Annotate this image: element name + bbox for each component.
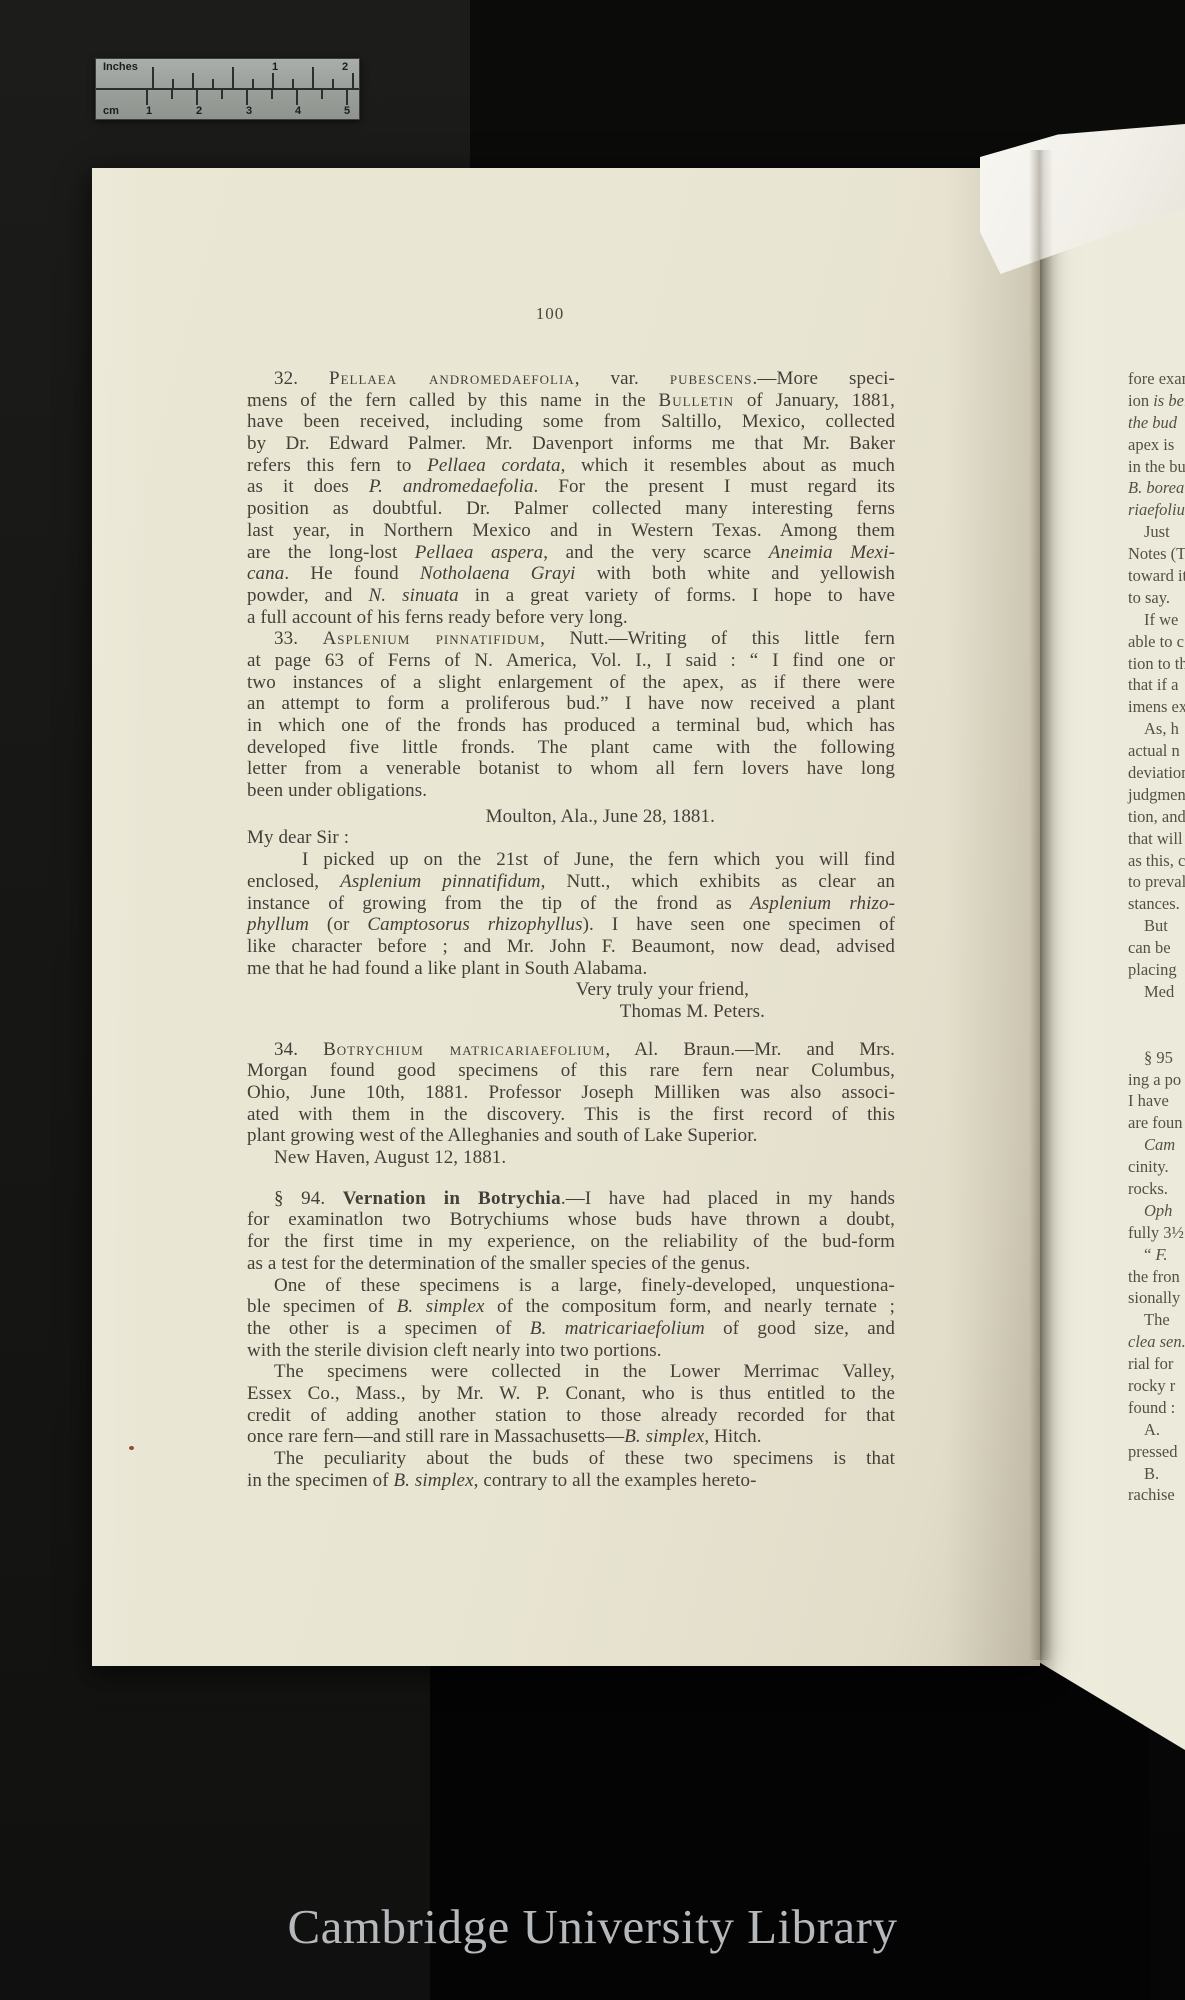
text-line: last year, in Northern Mexico and in Wes… [247,520,895,542]
ruler-cm-number: 2 [196,105,202,117]
text-line: to say. [1128,587,1185,609]
text-line: at page 63 of Ferns of N. America, Vol. … [247,650,895,672]
text-line: are the long-lost Pellaea aspera, and th… [247,542,895,564]
text-line: My dear Sir : [247,827,895,849]
text-line: I picked up on the 21st of June, the fer… [247,849,895,871]
letter-closing: Very truly your friend, [247,979,895,1001]
text-line: “ F. [1128,1244,1185,1266]
text-line: Essex Co., Mass., by Mr. W. P. Conant, w… [247,1383,895,1405]
measuring-ruler: Inches 12 cm 12345 [95,58,360,120]
library-caption: Cambridge University Library [0,1898,1185,1955]
text-line: as it does P. andromedaefolia. For the p… [247,476,895,498]
text-line: § 94. Vernation in Botrychia.—I have had… [247,1188,895,1210]
text-line: in the bu [1128,456,1185,478]
text-line: developed five little fronds. The plant … [247,737,895,759]
text-line: judgmen [1128,784,1185,806]
text-line: position as doubtful. Dr. Palmer collect… [247,498,895,520]
text-line: fore exam [1128,368,1185,390]
text-line: enclosed, Asplenium pinnatifidum, Nutt.,… [247,871,895,893]
text-line: ated with them in the discovery. This is… [247,1104,895,1126]
text-line: Med [1128,981,1185,1003]
text-line: mens of the fern called by this name in … [247,390,895,412]
text-line: a full account of his ferns ready before… [247,607,895,629]
text-line: an attempt to form a proliferous bud.” I… [247,693,895,715]
text-line: with the sterile division cleft nearly i… [247,1340,895,1362]
page-number: 100 [247,304,895,324]
gutter-crease-shadow [1029,150,1053,1660]
scanned-page: 100 32. Pellaea andromedaefolia, var. pu… [92,168,1040,1666]
ruler-inch-number: 2 [342,61,348,73]
text-line: phyllum (or Camptosorus rhizophyllus). I… [247,914,895,936]
text-line: As, h [1128,718,1185,740]
text-line: rial for [1128,1353,1185,1375]
ruler-inches-scale: Inches 12 [96,59,359,90]
text-line: I have [1128,1090,1185,1112]
text-line: that if a [1128,674,1185,696]
text-line: imens ex [1128,696,1185,718]
text-line: for examinatlon two Botrychiums whose bu… [247,1209,895,1231]
text-line: to preval [1128,871,1185,893]
entry-33: 33. Asplenium pinnatifidum, Nutt.—Writin… [247,628,895,802]
text-line: the other is a specimen of B. matricaria… [247,1318,895,1340]
text-line: Oph [1128,1200,1185,1222]
text-line: in the specimen of B. simplex, contrary … [247,1470,895,1492]
text-line: rocks. [1128,1178,1185,1200]
text-line: tion, and [1128,806,1185,828]
ruler-cm-number: 1 [146,105,152,117]
text-line: The peculiarity about the buds of these … [247,1448,895,1470]
text-line: cinity. [1128,1156,1185,1178]
text-line: clea sen. [1128,1331,1185,1353]
text-line: 32. Pellaea andromedaefolia, var. pubesc… [247,368,895,390]
text-line: have been received, including some from … [247,411,895,433]
text-line: New Haven, August 12, 1881. [247,1147,895,1169]
entry-34: 34. Botrychium matricariaefolium, Al. Br… [247,1039,895,1169]
text-line: § 95 [1128,1047,1185,1069]
entry-32: 32. Pellaea andromedaefolia, var. pubesc… [247,368,895,628]
text-line [1128,1003,1185,1025]
text-line: refers this fern to Pellaea cordata, whi… [247,455,895,477]
letter-signature: Thomas M. Peters. [247,1001,895,1023]
text-line: ing a po [1128,1069,1185,1091]
text-line: The [1128,1309,1185,1331]
ruler-cm-number: 5 [344,105,350,117]
text-line: two instances of a slight enlargement of… [247,672,895,694]
ink-speck [129,1446,134,1450]
text-line: tion to th [1128,653,1185,675]
text-line: in which one of the fronds has produced … [247,715,895,737]
text-line: Moulton, Ala., June 28, 1881. [247,806,895,828]
text-line: rocky r [1128,1375,1185,1397]
text-line: B. [1128,1463,1185,1485]
page-text-column: 32. Pellaea andromedaefolia, var. pubesc… [247,368,895,1491]
ink-speck [249,404,252,407]
text-line: pressed [1128,1441,1185,1463]
text-line: deviation [1128,762,1185,784]
text-line [1128,1025,1185,1047]
text-line: toward it [1128,565,1185,587]
ruler-tick-marks [152,67,359,88]
text-line: like character before ; and Mr. John F. … [247,936,895,958]
ruler-cm-number: 4 [295,105,301,117]
text-line: been under obligations. [247,780,895,802]
text-line: as a test for the determination of the s… [247,1253,895,1275]
text-line: once rare fern—and still rare in Massach… [247,1426,895,1448]
text-line: credit of adding another station to thos… [247,1405,895,1427]
letter-dateline: Moulton, Ala., June 28, 1881. [247,806,895,828]
ruler-cm-label: cm [103,105,119,117]
text-line: plant growing west of the Alleghanies an… [247,1125,895,1147]
letter-salutation: My dear Sir : [247,827,895,849]
text-line: the bud [1128,412,1185,434]
text-line: Thomas M. Peters. [247,1001,895,1023]
ruler-cm-number: 3 [246,105,252,117]
text-line: placing [1128,959,1185,981]
text-line: riaefoliu [1128,499,1185,521]
text-line: rachise [1128,1484,1185,1506]
text-line: sionally [1128,1287,1185,1309]
ruler-cm-scale: cm 12345 [96,90,359,119]
text-line: apex is [1128,434,1185,456]
text-line: by Dr. Edward Palmer. Mr. Davenport info… [247,433,895,455]
text-line: instance of growing from the tip of the … [247,893,895,915]
text-line: A. [1128,1419,1185,1441]
ruler-tick-marks [146,90,359,105]
text-line: Very truly your friend, [247,979,895,1001]
text-line: Cam [1128,1134,1185,1156]
text-line: actual n [1128,740,1185,762]
text-line: But [1128,915,1185,937]
text-line: cana. He found Notholaena Grayi with bot… [247,563,895,585]
text-line: The specimens were collected in the Lowe… [247,1361,895,1383]
text-line: letter from a venerable botanist to whom… [247,758,895,780]
text-line: can be [1128,937,1185,959]
text-line: 34. Botrychium matricariaefolium, Al. Br… [247,1039,895,1061]
text-line: Just [1128,521,1185,543]
text-line: powder, and N. sinuata in a great variet… [247,585,895,607]
text-line: stances. [1128,893,1185,915]
facing-page-text-fragments: fore examion is belthe budapex isin the … [1128,368,1185,1506]
text-line: me that he had found a like plant in Sou… [247,958,895,980]
text-line: ion is bel [1128,390,1185,412]
text-line: One of these specimens is a large, finel… [247,1275,895,1297]
text-line: found : [1128,1397,1185,1419]
section-94: § 94. Vernation in Botrychia.—I have had… [247,1188,895,1492]
text-line: If we [1128,609,1185,631]
text-line: 33. Asplenium pinnatifidum, Nutt.—Writin… [247,628,895,650]
text-line: Notes (T [1128,543,1185,565]
text-line: for the first time in my experience, on … [247,1231,895,1253]
text-line: the fron [1128,1266,1185,1288]
ruler-inches-label: Inches [103,61,138,73]
text-line: that will [1128,828,1185,850]
text-line: as this, c [1128,850,1185,872]
text-line: Ohio, June 10th, 1881. Professor Joseph … [247,1082,895,1104]
letter-body: I picked up on the 21st of June, the fer… [247,849,895,979]
text-line: are foun [1128,1112,1185,1134]
text-line: fully 3½ [1128,1222,1185,1244]
text-line: able to c [1128,631,1185,653]
ruler-inch-number: 1 [272,61,278,73]
text-line: B. boreal [1128,477,1185,499]
text-line: ble specimen of B. simplex of the compos… [247,1296,895,1318]
text-line: Morgan found good specimens of this rare… [247,1060,895,1082]
